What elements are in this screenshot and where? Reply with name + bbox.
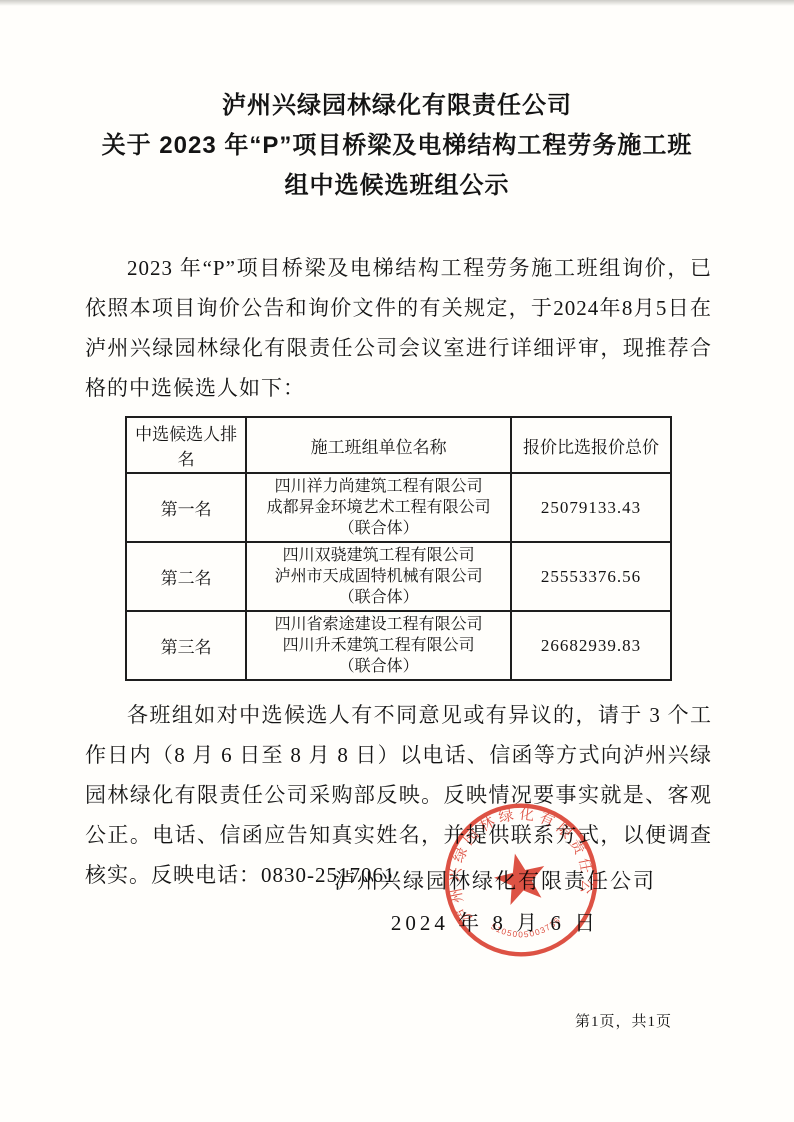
- company-name: 四川祥力尚建筑工程有限公司: [251, 476, 506, 497]
- title-line-subject-2: 组中选候选班组公示: [0, 166, 794, 206]
- companies-cell: 四川祥力尚建筑工程有限公司 成都昇金环境艺术工程有限公司 （联合体）: [246, 473, 511, 542]
- price-cell: 25553376.56: [511, 542, 671, 611]
- consortium-label: （联合体）: [251, 587, 506, 608]
- seal-number: 5105005003736: [488, 906, 565, 947]
- page-number-footer: 第1页，共1页: [575, 1010, 672, 1031]
- rank-cell: 第二名: [126, 542, 246, 611]
- seal-star-icon: [490, 848, 551, 907]
- consortium-label: （联合体）: [251, 656, 506, 677]
- intro-paragraph: 2023 年“P”项目桥梁及电梯结构工程劳务施工班组询价，已依照本项目询价公告和…: [85, 248, 712, 408]
- table-header-row: 中选候选人排名 施工班组单位名称 报价比选报价总价: [126, 417, 671, 473]
- header-price: 报价比选报价总价: [511, 417, 671, 473]
- seal-number-wrap: 5105005003736: [488, 906, 565, 947]
- price-cell: 25079133.43: [511, 473, 671, 542]
- header-unit-name: 施工班组单位名称: [246, 417, 511, 473]
- price-cell: 26682939.83: [511, 611, 671, 680]
- rank-cell: 第三名: [126, 611, 246, 680]
- companies-cell: 四川省索途建设工程有限公司 四川升禾建筑工程有限公司 （联合体）: [246, 611, 511, 680]
- table-row: 第二名 四川双骁建筑工程有限公司 泸州市天成固特机械有限公司 （联合体） 255…: [126, 542, 671, 611]
- document-page: 泸州兴绿园林绿化有限责任公司 关于 2023 年“P”项目桥梁及电梯结构工程劳务…: [0, 0, 794, 1122]
- title-line-company: 泸州兴绿园林绿化有限责任公司: [0, 86, 794, 126]
- company-name: 四川升禾建筑工程有限公司: [251, 635, 506, 656]
- title-line-subject-1: 关于 2023 年“P”项目桥梁及电梯结构工程劳务施工班: [0, 126, 794, 166]
- company-name: 泸州市天成固特机械有限公司: [251, 566, 506, 587]
- company-name: 成都昇金环境艺术工程有限公司: [251, 497, 506, 518]
- company-name: 四川省索途建设工程有限公司: [251, 614, 506, 635]
- table-row: 第一名 四川祥力尚建筑工程有限公司 成都昇金环境艺术工程有限公司 （联合体） 2…: [126, 473, 671, 542]
- scan-edge-shadow: [0, 0, 794, 6]
- header-rank: 中选候选人排名: [126, 417, 246, 473]
- consortium-label: （联合体）: [251, 518, 506, 539]
- rank-cell: 第一名: [126, 473, 246, 542]
- candidates-table: 中选候选人排名 施工班组单位名称 报价比选报价总价 第一名 四川祥力尚建筑工程有…: [125, 416, 672, 681]
- company-name: 四川双骁建筑工程有限公司: [251, 545, 506, 566]
- document-title: 泸州兴绿园林绿化有限责任公司 关于 2023 年“P”项目桥梁及电梯结构工程劳务…: [0, 0, 794, 206]
- table-row: 第三名 四川省索途建设工程有限公司 四川升禾建筑工程有限公司 （联合体） 266…: [126, 611, 671, 680]
- objection-notice-paragraph: 各班组如对中选候选人有不同意见或有异议的，请于 3 个工作日内（8 月 6 日至…: [85, 695, 712, 895]
- companies-cell: 四川双骁建筑工程有限公司 泸州市天成固特机械有限公司 （联合体）: [246, 542, 511, 611]
